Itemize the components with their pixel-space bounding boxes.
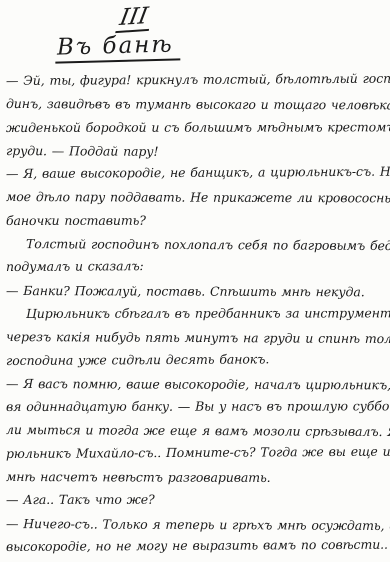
- manuscript-page: III Въ банѣ — Эй, ты, фигура! крикнулъ т…: [0, 0, 390, 562]
- manuscript-line: — Я, ваше высокородіе, не банщикъ, а цир…: [6, 160, 384, 186]
- manuscript-body: — Эй, ты, фигура! крикнулъ толстый, бѣло…: [0, 69, 390, 558]
- manuscript-line: мое дѣло пару поддавать. Не прикажете ли…: [6, 185, 384, 210]
- chapter-heading: III: [0, 0, 390, 34]
- manuscript-line: подумалъ и сказалъ:: [6, 253, 384, 279]
- manuscript-line: господина уже сидѣли десять банокъ.: [6, 346, 384, 372]
- manuscript-line: Цирюльникъ сбѣгалъ въ предбанникъ за инс…: [6, 301, 384, 325]
- manuscript-line: высокородіе, но не могу не выразить вамъ…: [6, 533, 384, 559]
- manuscript-line: динъ, завидѣвъ въ туманѣ высокаго и тоща…: [6, 92, 384, 117]
- chapter-numeral: III: [115, 3, 154, 33]
- manuscript-line: — Эй, ты, фигура! крикнулъ толстый, бѣло…: [6, 67, 384, 93]
- manuscript-line: мнѣ насчетъ невѣстъ разговаривать.: [6, 465, 384, 490]
- story-title: Въ банѣ: [55, 32, 180, 63]
- manuscript-line: баночки поставить?: [6, 208, 384, 232]
- manuscript-line: рюльникъ Михайло-съ.. Помните-съ? Тогда …: [6, 439, 384, 465]
- manuscript-line: вя одиннадцатую банку. — Вы у насъ въ пр…: [6, 394, 384, 418]
- manuscript-line: — Я васъ помню, ваше высокородіе, началъ…: [6, 372, 384, 397]
- manuscript-line: — Банки? Пожалуй, поставь. Спѣшить мнѣ н…: [6, 279, 384, 304]
- manuscript-line: жиденькой бородкой и съ большимъ мѣднымъ…: [6, 115, 384, 139]
- manuscript-line: — Ага.. Такъ что же?: [6, 488, 384, 512]
- title-heading: Въ банѣ: [0, 34, 390, 64]
